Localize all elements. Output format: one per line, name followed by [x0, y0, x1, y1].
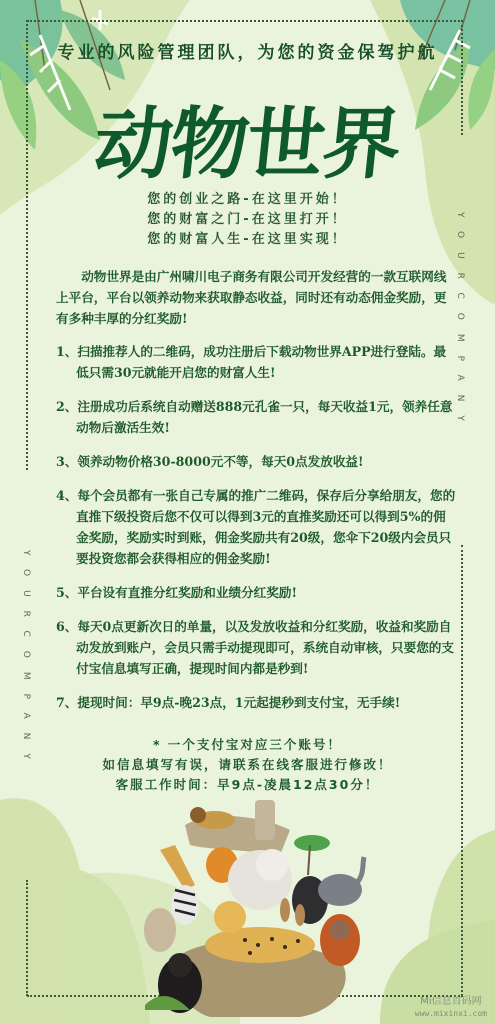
list-item: 1、扫描推荐人的二维码，成功注册后下载动物世界APP进行登陆。最低只需30元就能…: [56, 341, 456, 383]
list-item: 3、领养动物价格30-8000元不等，每天0点发放收益!: [56, 451, 456, 472]
content-body: 动物世界是由广州啸川电子商务有限公司开发经营的一款互联网线上平台，平台以领养动物…: [56, 266, 456, 726]
list-item: 4、每个会员都有一张自己专属的推广二维码，保存后分享给朋友，您的直推下级投资后您…: [56, 485, 456, 569]
frame-left-border-lower: [26, 880, 28, 996]
slogan: 专业的风险管理团队，为您的资金保驾护航: [0, 38, 495, 63]
tagline: 您的财富人生-在这里实现！: [0, 230, 495, 250]
list-item: 7、提现时间：早9点-晚23点，1元起提秒到支付宝，无手续!: [56, 692, 456, 713]
notice-line: 如信息填写有误，请联系在线客服进行修改！: [0, 755, 495, 775]
list-item: 6、每天0点更新次日的单量，以及发放收益和分红奖励，收益和奖励自动发放到账户，会…: [56, 616, 456, 679]
intro-paragraph: 动物世界是由广州啸川电子商务有限公司开发经营的一款互联网线上平台，平台以领养动物…: [56, 266, 456, 329]
list-item: 2、注册成功后系统自动赠送888元孔雀一只，每天收益1元，领养任意动物后激活生效…: [56, 396, 456, 438]
watermark-name: Mi信息首码网: [415, 996, 487, 1008]
list-item: 5、平台设有直推分红奖励和业绩分红奖励!: [56, 582, 456, 603]
watermark: Mi信息首码网 www.mixinxi.com: [415, 996, 487, 1020]
frame-top-border: [27, 20, 463, 22]
notice-line: * 一个支付宝对应三个账号！: [0, 735, 495, 755]
taglines: 您的创业之路-在这里开始！ 您的财富之门-在这里打开！ 您的财富人生-在这里实现…: [0, 190, 495, 250]
tagline: 您的创业之路-在这里开始！: [0, 190, 495, 210]
animal-group-illustration: [140, 795, 375, 1020]
notice-line: 客服工作时间：早9点-凌晨12点30分！: [0, 775, 495, 795]
tagline: 您的财富之门-在这里打开！: [0, 210, 495, 230]
page-title: 动物世界: [0, 82, 495, 194]
notice-block: * 一个支付宝对应三个账号！ 如信息填写有误，请联系在线客服进行修改！ 客服工作…: [0, 735, 495, 795]
watermark-url: www.mixinxi.com: [415, 1008, 487, 1020]
